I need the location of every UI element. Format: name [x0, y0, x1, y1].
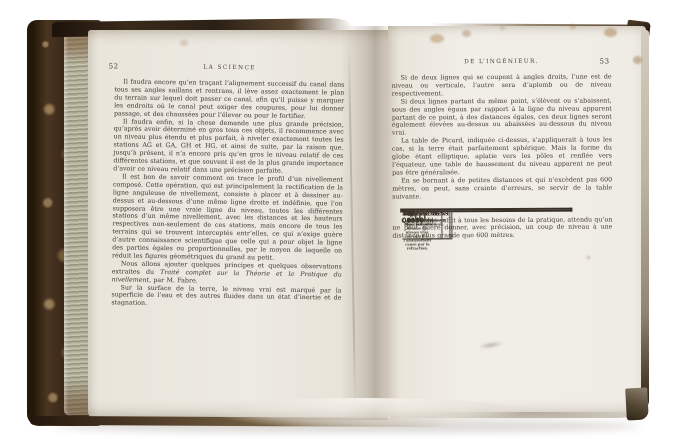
paragraph: Il est bon de savoir comment on trace le… [112, 173, 343, 263]
paragraph: Sur la surface de la terre, le niveau vr… [111, 284, 341, 311]
book-photo: 52 LA SCIENCE Il faudra encore qu’en tra… [0, 0, 700, 439]
paragraph: La table de Picard, indiquée ci-dessus, … [392, 137, 612, 178]
citation-paragraph: Nous allons ajouter quelques principes e… [112, 260, 342, 287]
paragraph: Si deux lignes partant du même point, s’… [392, 97, 612, 138]
citation-text: , par M. Fabre. [149, 277, 198, 285]
table-cell: 0, 02358 [402, 210, 424, 220]
left-page-text: 52 LA SCIENCE Il faudra encore qu’en tra… [111, 62, 344, 310]
left-page-header: 52 LA SCIENCE [115, 62, 345, 77]
page-number: 53 [600, 57, 610, 65]
right-page-header: DE L’INGÉNIEUR. 53 [392, 57, 612, 70]
right-page-text: DE L’INGÉNIEUR. 53 Si de deux lignes qui… [392, 57, 613, 240]
right-page-bottom-shadow [415, 412, 640, 420]
right-fore-edge [641, 30, 649, 408]
paragraph: Il faudra enfin, si la chose demande une… [113, 118, 344, 177]
running-header: DE L’INGÉNIEUR. [392, 58, 612, 65]
paragraph: Si de deux lignes qui se coupent à angle… [392, 73, 612, 98]
paragraph: Il faudra encore qu’en traçant l’alignem… [114, 78, 345, 121]
paragraph: En se bornant à de petites distances et … [392, 176, 612, 201]
leveling-table: DISTANCESEN MÈTRES. HAUSSEMENSdu niveau … [400, 207, 572, 212]
running-header: LA SCIENCE [115, 63, 345, 72]
